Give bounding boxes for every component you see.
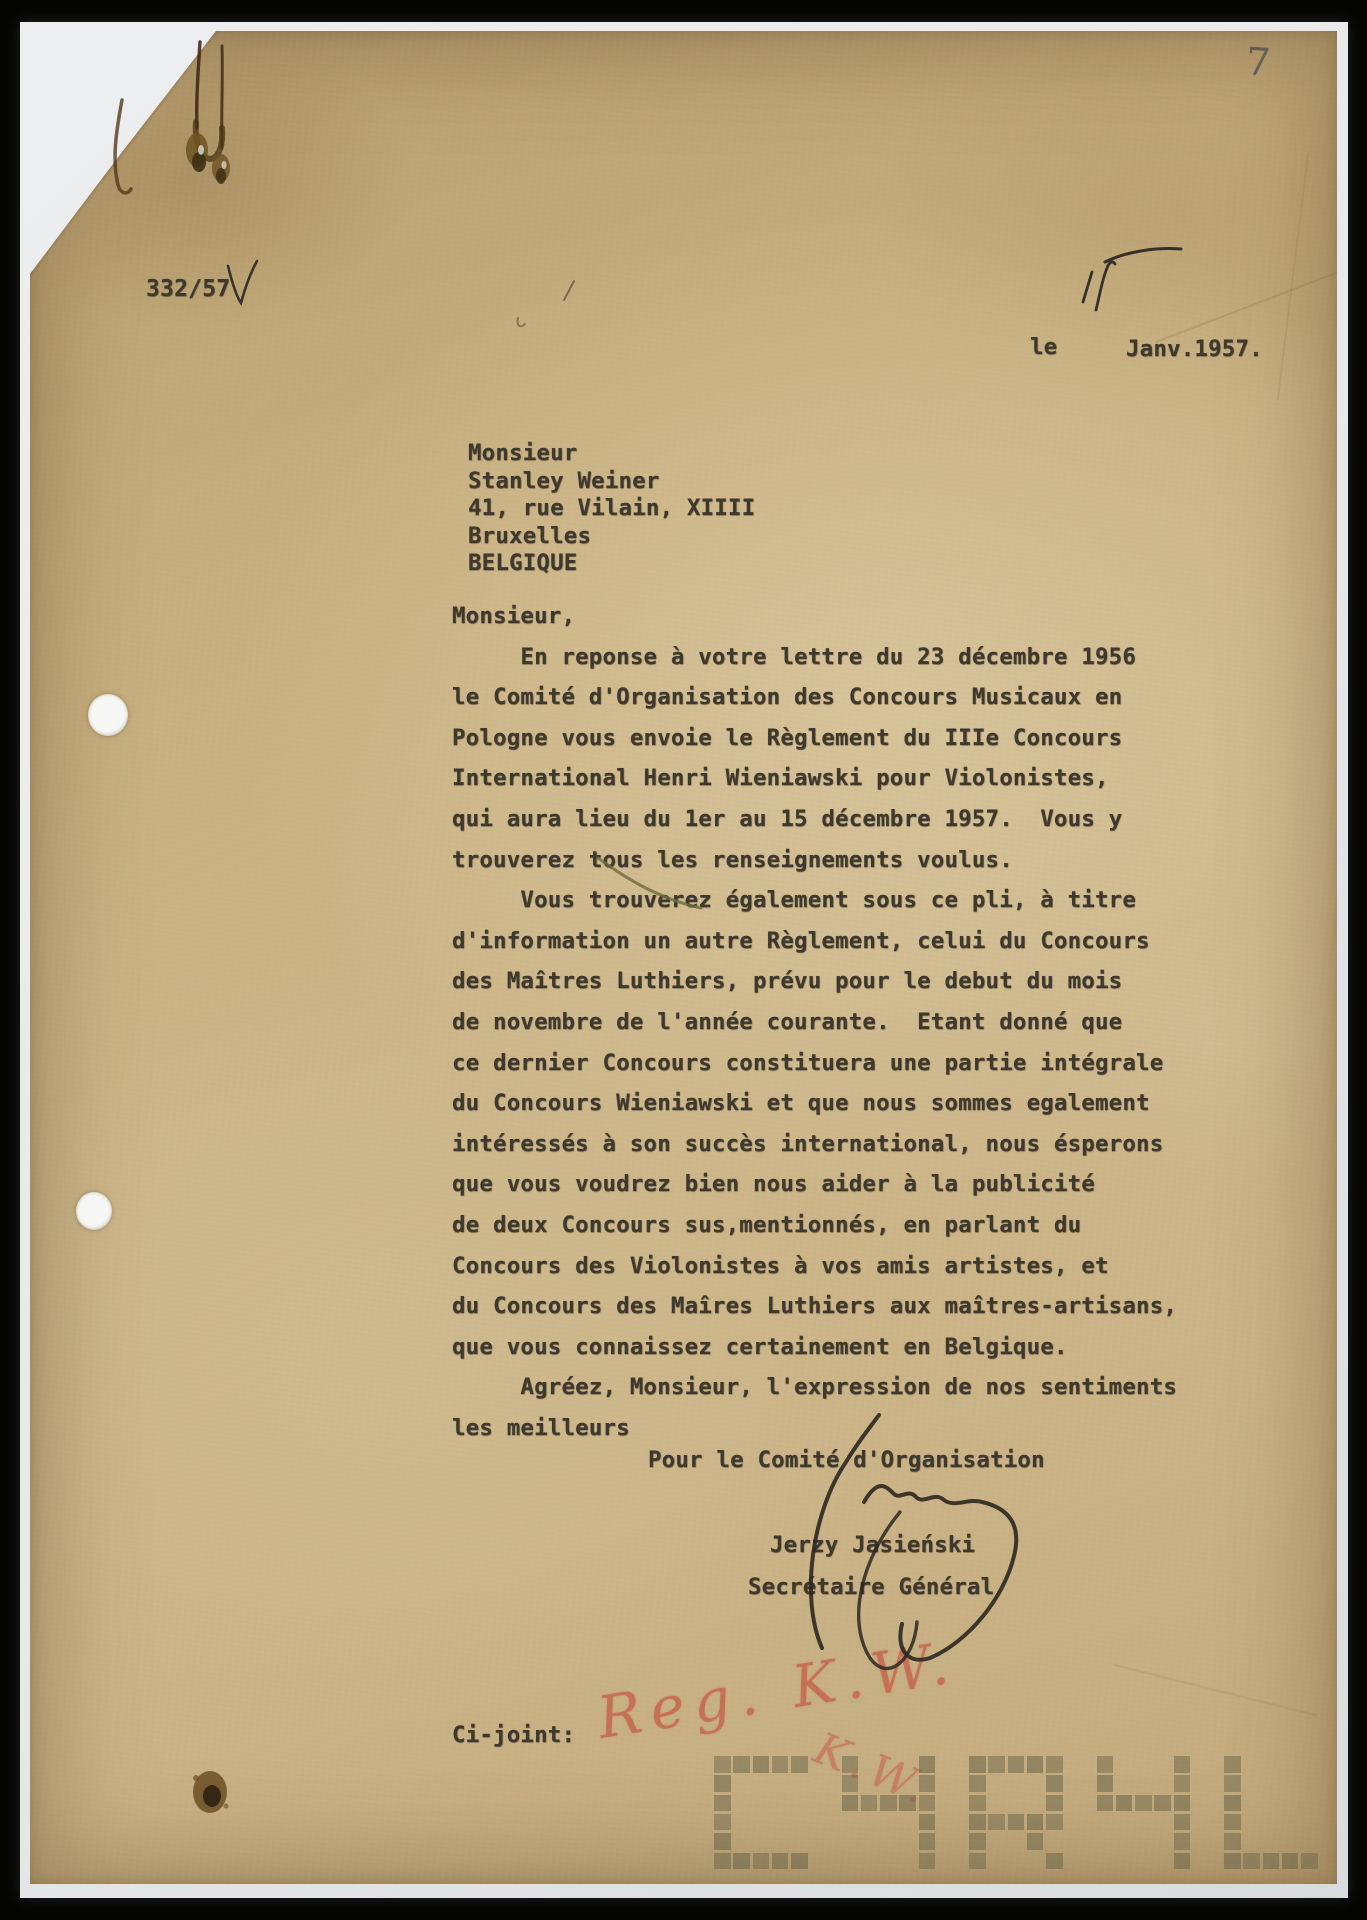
date-prefix: le — [1030, 334, 1057, 360]
body-line: des Maîtres Luthiers, prévu pour le debu… — [452, 961, 1177, 1002]
watermark-tile — [919, 1775, 936, 1792]
recipient-line: Bruxelles — [468, 523, 755, 551]
watermark-tile — [1174, 1814, 1191, 1831]
watermark-tile — [969, 1775, 986, 1792]
body-line: du Concours des Maîres Luthiers aux maît… — [452, 1286, 1177, 1327]
watermark-tile — [880, 1795, 897, 1812]
watermark-tile — [1027, 1833, 1044, 1850]
body-line: Vous trouverez également sous ce pli, à … — [452, 880, 1177, 921]
watermark-tile — [733, 1853, 750, 1870]
watermark-tile — [1046, 1814, 1063, 1831]
watermark-tile — [1027, 1756, 1044, 1773]
watermark-tile — [1135, 1795, 1152, 1812]
recipient-line: Monsieur — [468, 440, 755, 468]
body-line: Monsieur, — [452, 596, 1177, 637]
watermark-tile — [1154, 1795, 1171, 1812]
watermark-tile — [919, 1756, 936, 1773]
body-line: Pologne vous envoie le Règlement du IIIe… — [452, 718, 1177, 759]
watermark-tile — [1008, 1814, 1025, 1831]
watermark-tile — [1263, 1853, 1280, 1870]
watermark-tile — [1046, 1775, 1063, 1792]
watermark-tile — [1097, 1775, 1114, 1792]
recipient-line: Stanley Weiner — [468, 468, 755, 496]
watermark-tile — [1027, 1814, 1044, 1831]
body-line: les meilleurs — [452, 1408, 1177, 1449]
watermark-tile — [919, 1795, 936, 1812]
watermark-tile — [733, 1756, 750, 1773]
watermark-tile — [791, 1853, 808, 1870]
body-line: Agréez, Monsieur, l'expression de nos se… — [452, 1367, 1177, 1408]
watermark-tile — [969, 1756, 986, 1773]
watermark-tile — [1282, 1853, 1299, 1870]
closing-line: Pour le Comité d'Organisation — [648, 1447, 1045, 1473]
punch-hole-bottom — [76, 1192, 112, 1230]
watermark-tile — [1174, 1853, 1191, 1870]
watermark-tile — [1174, 1756, 1191, 1773]
watermark-tile — [791, 1756, 808, 1773]
watermark-tile — [714, 1853, 731, 1870]
body-line: qui aura lieu du 1er au 15 décembre 1957… — [452, 799, 1177, 840]
body-line: En reponse à votre lettre du 23 décembre… — [452, 637, 1177, 678]
watermark-tile — [1097, 1795, 1114, 1812]
watermark-tile — [1224, 1814, 1241, 1831]
watermark-tile — [919, 1853, 936, 1870]
watermark-tile — [842, 1795, 859, 1812]
watermark-tile — [1224, 1853, 1241, 1870]
recipient-line: 41, rue Vilain, XIIII — [468, 495, 755, 523]
watermark-tile — [1046, 1756, 1063, 1773]
enclosure-label: Ci-joint: — [452, 1722, 575, 1748]
body-line: que vous voudrez bien nous aider à la pu… — [452, 1164, 1177, 1205]
signatory-name: Jerzy Jasieński — [770, 1532, 975, 1558]
watermark-tile — [1097, 1756, 1114, 1773]
watermark-tile — [714, 1756, 731, 1773]
body-text: Monsieur, En reponse à votre lettre du 2… — [452, 596, 1177, 1448]
watermark-tile — [1174, 1775, 1191, 1792]
reference-number: 332/57 — [146, 276, 230, 302]
watermark-tile — [1008, 1756, 1025, 1773]
watermark-tile — [1243, 1853, 1260, 1870]
watermark-tile — [714, 1833, 731, 1850]
punch-hole-top — [88, 694, 128, 736]
signatory-title: Secrétaire Général — [748, 1574, 994, 1600]
recipient-line: BELGIQUE — [468, 550, 755, 578]
body-line: de novembre de l'année courante. Etant d… — [452, 1002, 1177, 1043]
watermark-tile — [919, 1833, 936, 1850]
watermark-tile — [1174, 1795, 1191, 1812]
crease-line — [1155, 257, 1337, 343]
watermark-tile — [1046, 1853, 1063, 1870]
watermark-tile — [1224, 1756, 1241, 1773]
watermark-tile — [861, 1795, 878, 1812]
body-line: Concours des Violonistes à vos amis arti… — [452, 1246, 1177, 1287]
watermark-tile — [1301, 1853, 1318, 1870]
watermark-tile — [969, 1853, 986, 1870]
watermark-tile — [714, 1795, 731, 1812]
watermark-tile — [1224, 1795, 1241, 1812]
watermark-tile — [1116, 1795, 1133, 1812]
body-line: du Concours Wieniawski et que nous somme… — [452, 1083, 1177, 1124]
body-line: que vous connaissez certainement en Belg… — [452, 1327, 1177, 1368]
watermark-tile — [842, 1775, 859, 1792]
watermark-tile — [1224, 1833, 1241, 1850]
watermark-tile — [1046, 1795, 1063, 1812]
crease-line — [1113, 1664, 1317, 1717]
scanned-letter-canvas: 332/57 le Janv.1957. MonsieurStanley Wei… — [0, 0, 1367, 1920]
watermark-tile — [899, 1795, 916, 1812]
crease-line — [1277, 152, 1309, 400]
date-typed: Janv.1957. — [1126, 336, 1263, 362]
watermark-tile — [753, 1853, 770, 1870]
body-line: ce dernier Concours constituera une part… — [452, 1043, 1177, 1084]
watermark-tile — [969, 1833, 986, 1850]
watermark-tile — [988, 1756, 1005, 1773]
watermark-tile — [1224, 1775, 1241, 1792]
watermark-tile — [969, 1795, 986, 1812]
body-line: de deux Concours sus,mentionnés, en parl… — [452, 1205, 1177, 1246]
recipient-block: MonsieurStanley Weiner41, rue Vilain, XI… — [468, 440, 755, 578]
watermark-tile — [1174, 1833, 1191, 1850]
body-line: le Comité d'Organisation des Concours Mu… — [452, 677, 1177, 718]
watermark-tile — [919, 1814, 936, 1831]
body-line: intéressés à son succès international, n… — [452, 1124, 1177, 1165]
page-number-pencil: 7 — [1244, 39, 1271, 85]
watermark-tile — [772, 1853, 789, 1870]
watermark-tile — [772, 1756, 789, 1773]
watermark-tile — [988, 1814, 1005, 1831]
body-line: International Henri Wieniawski pour Viol… — [452, 758, 1177, 799]
body-line: d'information un autre Règlement, celui … — [452, 921, 1177, 962]
watermark-tile — [842, 1756, 859, 1773]
watermark-tile — [753, 1756, 770, 1773]
watermark-tile — [714, 1775, 731, 1792]
watermark-tile — [714, 1814, 731, 1831]
watermark-tile — [969, 1814, 986, 1831]
body-line: trouverez tous les renseignements voulus… — [452, 840, 1177, 881]
